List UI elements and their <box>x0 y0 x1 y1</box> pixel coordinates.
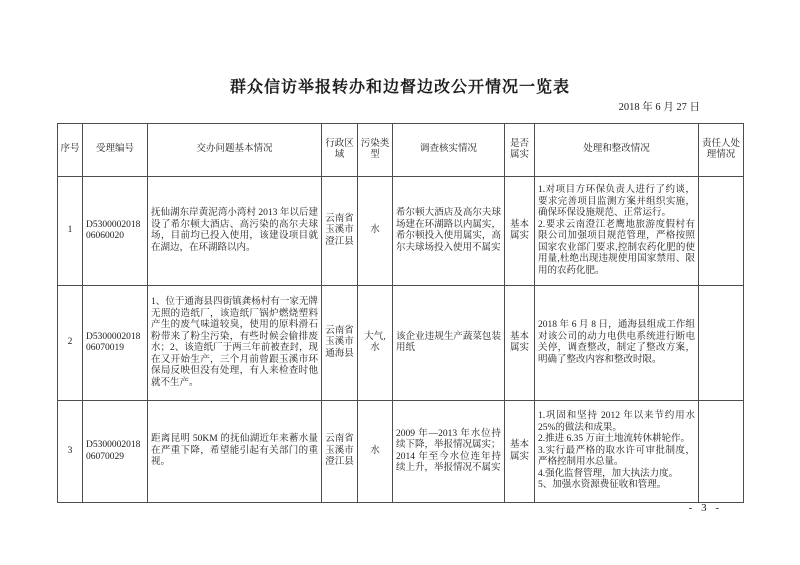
cell-verification: 希尔顿大酒店及高尔夫球场建在环湖路以内属实，希尔顿投入使用属实，高尔夫球场投入使… <box>393 177 505 286</box>
col-header-is-true: 是否属实 <box>505 124 535 177</box>
document-date: 2018 年 6 月 27 日 <box>619 99 700 114</box>
cell-is-true: 基本属实 <box>505 401 535 503</box>
cell-responsible <box>699 286 744 401</box>
col-header-problem: 交办问题基本情况 <box>148 124 322 177</box>
cell-handling: 1.巩固和坚持 2012 年以来节约用水 25%的做法和成果。 2.推进 6.3… <box>535 401 699 503</box>
col-header-verification: 调查核实情况 <box>393 124 505 177</box>
col-header-responsible: 责任人处理情况 <box>699 124 744 177</box>
cell-seq: 1 <box>58 177 83 286</box>
cell-seq: 3 <box>58 401 83 503</box>
cell-problem: 抚仙湖东岸黄泥湾小湾村 2013 年以后建设了希尔顿大酒店、高污染的高尔夫球场，… <box>148 177 322 286</box>
cell-is-true: 基本属实 <box>505 177 535 286</box>
report-table: 序号 受理编号 交办问题基本情况 行政区域 污染类型 调查核实情况 是否属实 处… <box>57 123 744 503</box>
cell-pollution-type: 水 <box>358 177 393 286</box>
cell-handling: 2018 年 6 月 8 日，通海县组成工作组对该公司的动力电供电系统进行断电关… <box>535 286 699 401</box>
table-row: 2 D530000201806070019 1、位于通海县四街镇龚杨村有一家无牌… <box>58 286 744 401</box>
cell-case-no: D530000201806060020 <box>83 177 148 286</box>
document-page: 群众信访举报转办和边督边改公开情况一览表 2018 年 6 月 27 日 序号 … <box>0 0 800 565</box>
col-header-pollution-type: 污染类型 <box>358 124 393 177</box>
table-row: 1 D530000201806060020 抚仙湖东岸黄泥湾小湾村 2013 年… <box>58 177 744 286</box>
cell-problem: 距离昆明 50KM 的抚仙湖近年来蓄水量在严重下降，希望能引起有关部门的重视。 <box>148 401 322 503</box>
cell-case-no: D530000201806070019 <box>83 286 148 401</box>
header-row: 序号 受理编号 交办问题基本情况 行政区域 污染类型 调查核实情况 是否属实 处… <box>58 124 744 177</box>
cell-case-no: D530000201806070029 <box>83 401 148 503</box>
cell-verification: 该企业违规生产蔬菜包装用纸 <box>393 286 505 401</box>
cell-is-true: 基本属实 <box>505 286 535 401</box>
page-number: - 3 - <box>689 502 722 514</box>
col-header-region: 行政区域 <box>322 124 358 177</box>
cell-verification: 2009 年—2013 年水位持续下降，举报情况属实； 2014 年至今水位连年… <box>393 401 505 503</box>
cell-seq: 2 <box>58 286 83 401</box>
col-header-handling: 处理和整改情况 <box>535 124 699 177</box>
cell-region: 云南省玉溪市澄江县 <box>322 401 358 503</box>
cell-pollution-type: 水 <box>358 401 393 503</box>
cell-handling: 1.对项目方环保负责人进行了约谈，要求完善项目监测方案并组织实施，确保环保设施规… <box>535 177 699 286</box>
table-row: 3 D530000201806070029 距离昆明 50KM 的抚仙湖近年来蓄… <box>58 401 744 503</box>
col-header-case-no: 受理编号 <box>83 124 148 177</box>
cell-responsible <box>699 401 744 503</box>
col-header-seq: 序号 <box>58 124 83 177</box>
cell-region: 云南省玉溪市澄江县 <box>322 177 358 286</box>
cell-responsible <box>699 177 744 286</box>
cell-problem: 1、位于通海县四街镇龚杨村有一家无牌无照的造纸厂，该造纸厂锅炉燃烧塑料产生的废气… <box>148 286 322 401</box>
page-title: 群众信访举报转办和边督边改公开情况一览表 <box>0 74 800 97</box>
cell-pollution-type: 大气,水 <box>358 286 393 401</box>
cell-region: 云南省玉溪市通海县 <box>322 286 358 401</box>
